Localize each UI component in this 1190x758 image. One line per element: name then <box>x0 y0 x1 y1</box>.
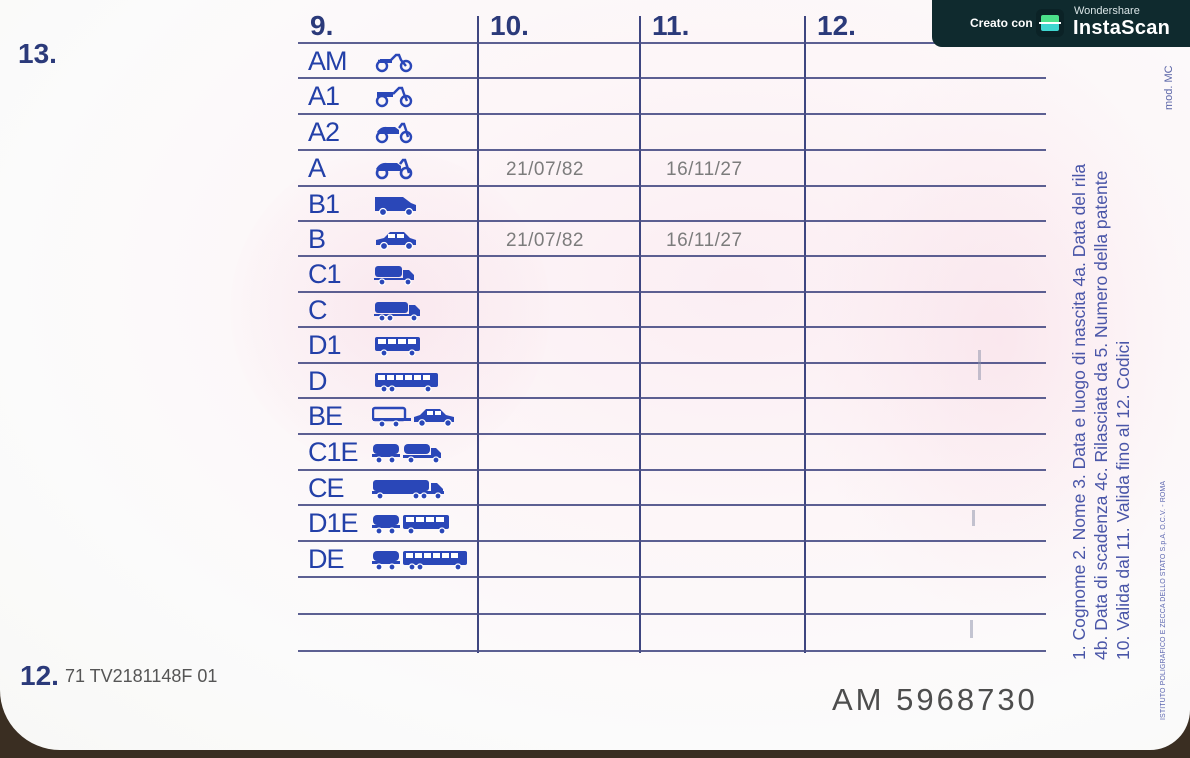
table-row: B1 <box>298 187 1046 222</box>
field-12-codes: 12.71 TV2181148F 01 <box>20 660 217 692</box>
instascan-logo-icon <box>1036 9 1064 37</box>
bus-icon <box>374 371 440 393</box>
heavy-motorcycle-icon <box>374 158 414 180</box>
car-icon <box>374 229 418 251</box>
model-label: mod. MC <box>1163 65 1175 110</box>
row-divider <box>298 650 1046 652</box>
table-row <box>298 578 1046 613</box>
table-row: A2 <box>298 115 1046 150</box>
table-row: DE <box>298 542 1046 577</box>
brand-name: InstaScan <box>1073 17 1170 40</box>
legend-line: 10. Valida dal 11. Valida fino al 12. Co… <box>1112 164 1134 660</box>
category-label: D <box>308 366 327 397</box>
table-row: D1 <box>298 328 1046 363</box>
category-label: D1E <box>308 508 358 539</box>
table-row: BE <box>298 399 1046 434</box>
instascan-watermark: Creato con Wondershare InstaScan <box>932 0 1190 47</box>
field-12-value: 71 TV2181148F 01 <box>65 666 217 686</box>
moped-icon <box>374 51 414 73</box>
table-row: AM <box>298 44 1046 79</box>
licence-card: 13. 9. 10. 11. 12. AM <box>0 0 1190 750</box>
minibus-trailer-icon <box>372 513 452 535</box>
legend-line: 1. Cognome 2. Nome 3. Data e luogo di na… <box>1068 164 1090 660</box>
table-row: A1 <box>298 79 1046 114</box>
table-row: D <box>298 364 1046 399</box>
light-motorcycle-icon <box>374 86 414 108</box>
category-label: D1 <box>308 330 341 361</box>
table-row: C1E <box>298 435 1046 470</box>
quadricycle-icon <box>374 194 418 216</box>
table-row: C <box>298 293 1046 328</box>
articulated-truck-icon <box>372 478 448 500</box>
table-row: A 21/07/82 16/11/27 <box>298 151 1046 186</box>
categories-table: 9. 10. 11. 12. AM <box>298 8 1046 653</box>
light-truck-icon <box>374 264 416 286</box>
field-12-label: 12. <box>20 660 59 691</box>
header-category: 9. <box>310 10 333 42</box>
minibus-icon <box>374 335 422 357</box>
header-valid-from: 10. <box>490 10 529 42</box>
category-label: CE <box>308 473 344 504</box>
valid-from-date: 21/07/82 <box>506 159 584 181</box>
serial-number: AM 5968730 <box>832 682 1038 718</box>
ink-smudge <box>970 620 973 638</box>
category-label: DE <box>308 544 344 575</box>
valid-until-date: 16/11/27 <box>666 159 743 181</box>
field-13-label: 13. <box>18 38 57 70</box>
category-label: C <box>308 295 327 326</box>
table-row: C1 <box>298 257 1046 292</box>
category-label: C1 <box>308 259 341 290</box>
legend-line: 4b. Data di scadenza 4c. Rilasciata da 5… <box>1090 164 1112 660</box>
category-label: BE <box>308 401 342 432</box>
ink-smudge <box>972 510 975 526</box>
table-row <box>298 615 1046 650</box>
truck-icon <box>374 300 422 322</box>
category-label: B <box>308 224 325 255</box>
category-label: B1 <box>308 189 339 220</box>
car-trailer-icon <box>372 406 458 428</box>
table-row: B 21/07/82 16/11/27 <box>298 222 1046 257</box>
category-label: A <box>308 153 325 184</box>
valid-from-date: 21/07/82 <box>506 230 584 252</box>
category-label: C1E <box>308 437 358 468</box>
motorcycle-icon <box>374 122 414 144</box>
printer-credit: ISTITUTO POLIGRAFICO E ZECCA DELLO STATO… <box>1160 481 1167 720</box>
category-label: AM <box>308 46 347 77</box>
field-legend: 1. Cognome 2. Nome 3. Data e luogo di na… <box>1068 164 1134 660</box>
valid-until-date: 16/11/27 <box>666 230 743 252</box>
ink-smudge <box>978 350 981 380</box>
category-label: A1 <box>308 81 339 112</box>
table-row: D1E <box>298 506 1046 541</box>
table-row: CE <box>298 471 1046 506</box>
category-label: A2 <box>308 117 339 148</box>
bus-trailer-icon <box>372 549 470 571</box>
header-codes: 12. <box>817 10 856 42</box>
created-with-label: Creato con <box>970 16 1033 30</box>
header-valid-until: 11. <box>652 10 689 42</box>
light-truck-trailer-icon <box>372 442 444 464</box>
brand-company: Wondershare <box>1074 5 1140 17</box>
